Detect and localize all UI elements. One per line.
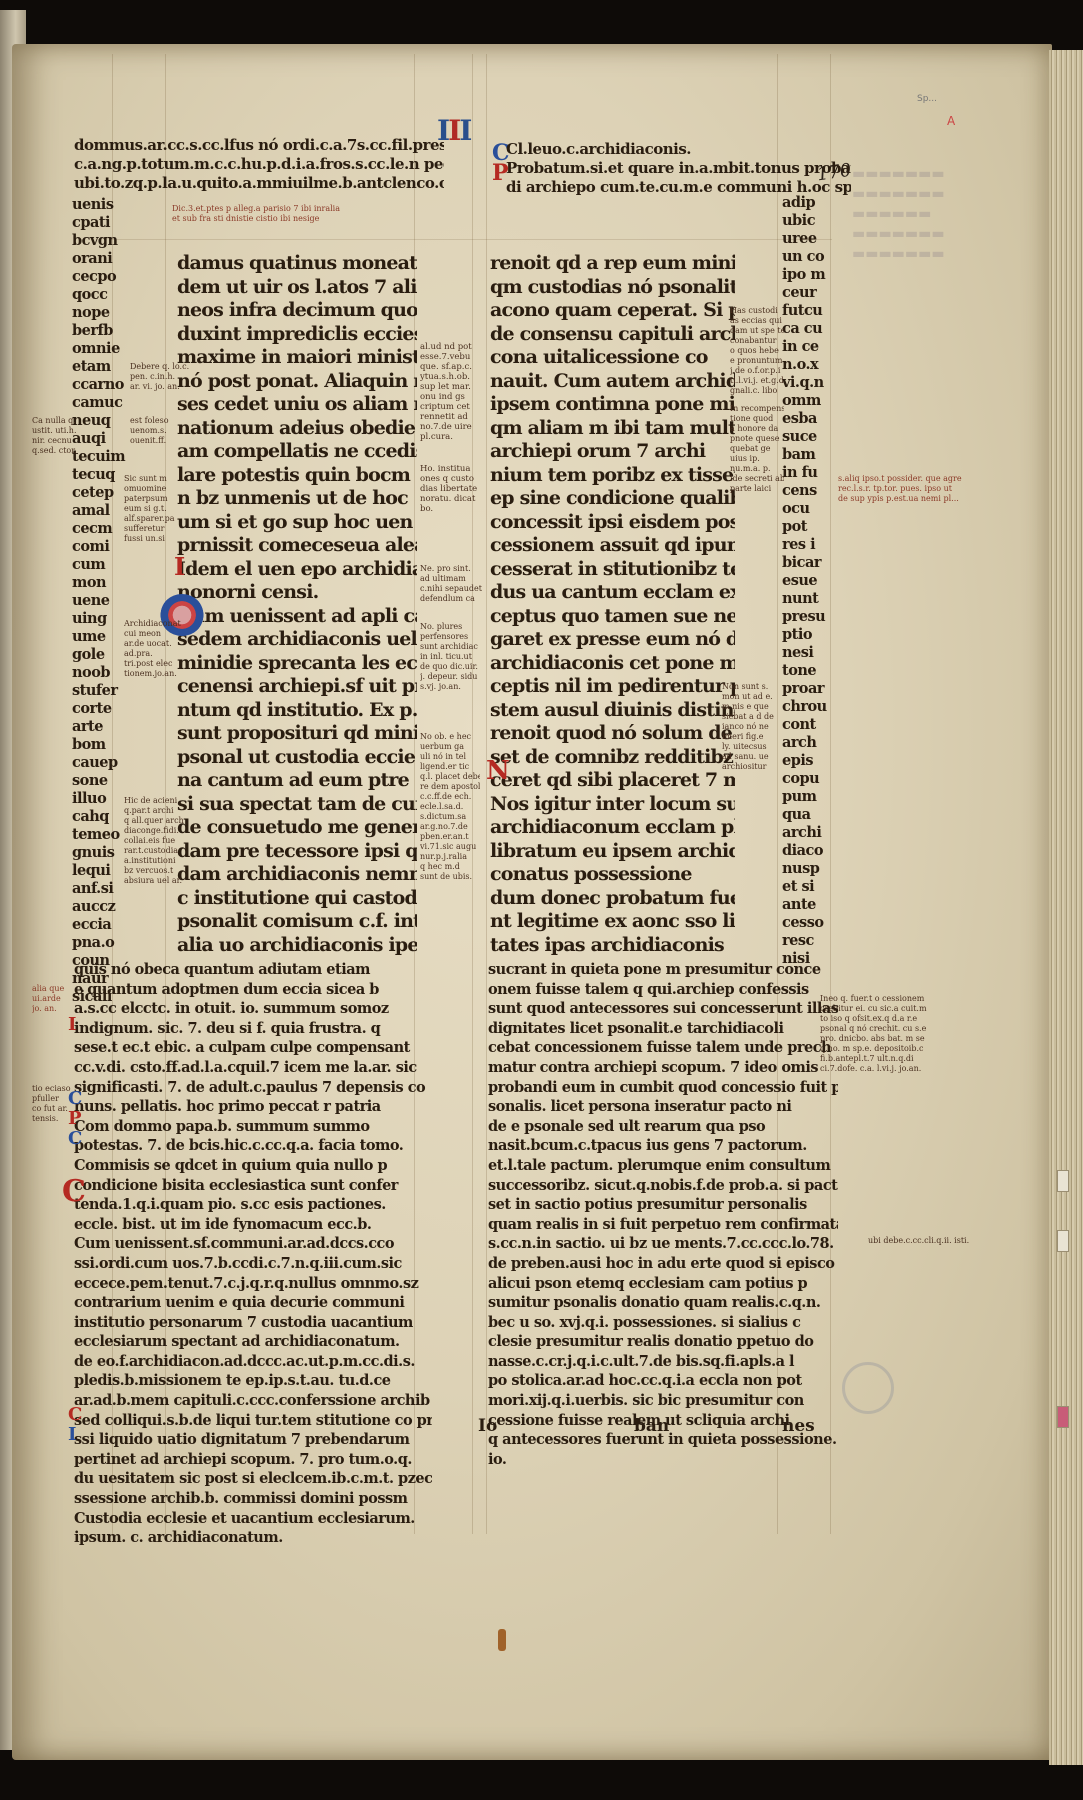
ruling-line-horizontal: [112, 239, 832, 240]
stain-mark: [498, 1629, 506, 1651]
shelfmark-red: A: [947, 114, 955, 128]
initial-n-red: N: [486, 756, 510, 786]
marginal-note-left-1: Debere q. lo.c. pen. c.in.h. ar. vi. jo.…: [130, 362, 192, 394]
initial-p-red-lower: P: [68, 1108, 82, 1129]
page-stack-edge: [1049, 50, 1083, 1765]
marginal-note-left-2: est foleso uenom.s. ouenit.ff.: [130, 416, 186, 448]
gloss-inner-mid-1: Ne. pro sint. ad ultimam c.nihi sepaudet…: [420, 564, 490, 608]
initial-c-blue-lower: C: [68, 1088, 82, 1109]
running-footer-ban: ban: [634, 1416, 669, 1436]
gloss-inner-mid-3: No ob. e hec uerbum ga uli nó in tel lig…: [420, 732, 480, 892]
initial-c-blue-lower-2: C: [68, 1128, 82, 1149]
initial-i-red-lower: I: [68, 1014, 76, 1035]
initial-i-red: I: [174, 552, 185, 581]
gloss-right-column: adip ubic uree un co ipo m ceur futcu ca…: [782, 194, 838, 974]
shelfmark-note: Sp...: [917, 94, 937, 104]
running-footer-nes: nes: [782, 1416, 815, 1436]
heading-stroke-blue: I: [459, 114, 470, 147]
gloss-inner-left-1: al.ud nd pot esse.7.vebu que. sf.ap.c. y…: [420, 342, 478, 462]
initial-c-red-decorated: C: [62, 1174, 86, 1209]
initial-i-blue-lower: I: [68, 1424, 76, 1445]
ruling-line: [486, 54, 487, 1534]
page-tab-pink: [1057, 1406, 1069, 1428]
show-through-initial: [842, 1362, 894, 1414]
page-tab: [1057, 1170, 1069, 1192]
main-text-right-column: renoit qd a rep eum ministr qm custodias…: [490, 252, 735, 962]
gloss-top-left: dommus.ar.cc.s.cc.lfus nó ordi.c.a.7s.cc…: [74, 136, 444, 202]
marginal-note-left-5: Hic de acieni q.par.t archi q all.quer a…: [124, 796, 186, 888]
gloss-inner-mid-2: No. plures perfensores sunt archidiac in…: [420, 622, 480, 700]
running-footer-io: Io: [478, 1416, 497, 1436]
initial-c-red-lower: C: [68, 1404, 82, 1425]
marginal-note-far-left-1: Ca nulla q. ustit. uti.h. nir. cecnu q.s…: [32, 416, 82, 458]
interlinear-note: Dic.3.et.ptes p alleg.a parisio 7 ibi in…: [172, 204, 432, 226]
gloss-lower-left: quis nó obeca quantum adiutam etiam e qu…: [74, 960, 432, 1620]
main-text-left-column: damus quatinus moneatis et dem ut uir os…: [177, 252, 417, 962]
gloss-inner-right-2: In recompensa tione quod a honore da pno…: [730, 404, 784, 498]
marginal-note-far-right-1: s.aliq ipso.t possider. que agre rec.l.s…: [838, 474, 988, 506]
gloss-left-column: uenis cpati bcvgn orani cecpo qocc nope …: [72, 196, 128, 1006]
manuscript-page: ▬▬▬▬▬▬▬ ▬▬▬▬▬▬▬ ▬▬▬▬▬▬ ▬▬▬▬▬▬▬ ▬▬▬▬▬▬▬ I…: [12, 44, 1052, 1760]
gloss-inner-right-3: Non sunt s. mon ut ad e. m nis e que sie…: [722, 682, 784, 776]
gloss-inner-left-2: Ho. institua ones q custo dias libertate…: [420, 464, 478, 524]
marginal-note-left-3: Sic sunt m omuomine paterpsum eum si g.t…: [124, 474, 186, 546]
heading-stroke-red: I: [448, 114, 459, 147]
marginal-note-far-right-3: ubi debe.c.cc.cli.q.ii. isti.: [868, 1236, 1008, 1248]
page-tab: [1057, 1230, 1069, 1252]
marginal-note-far-right-2: Ineo q. fuer.t o cessionem crebitur ei. …: [820, 994, 970, 1078]
marginal-note-left-4: Archidiaconat cui meon ar.de uocat. ad.p…: [124, 619, 186, 681]
gloss-inner-right-1: Has custodi as eccias qui dam ut spe te …: [730, 306, 784, 402]
